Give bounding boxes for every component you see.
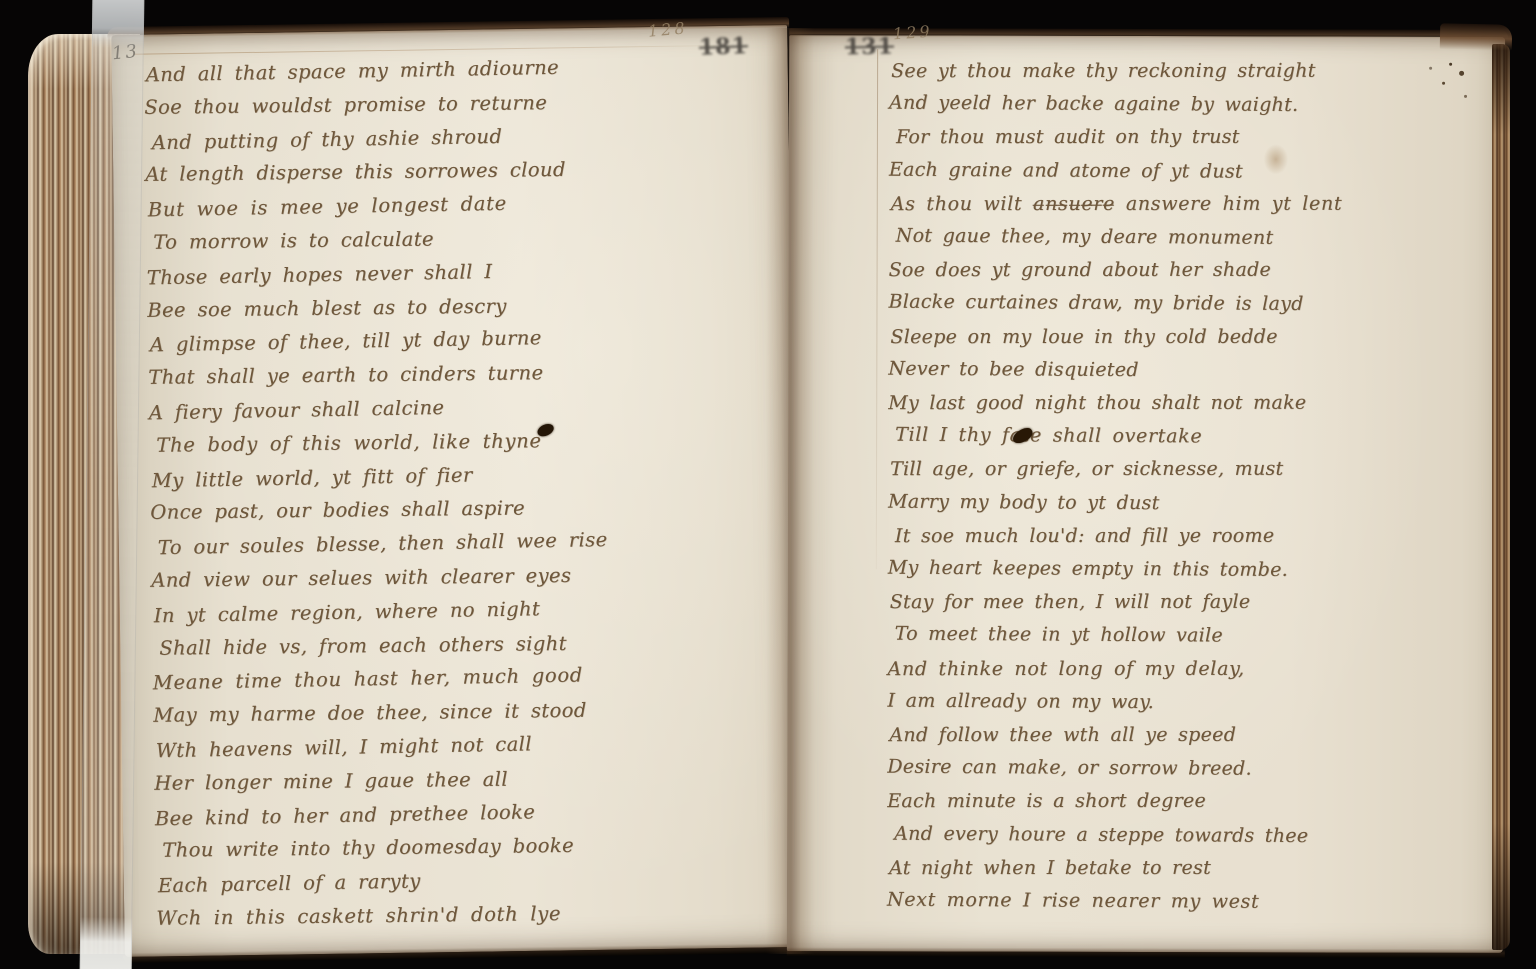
poem-line: It soe much lou'd: and fill ye roome <box>895 520 1342 554</box>
poem-line: Blacke curtaines draw, my bride is layd <box>888 286 1342 322</box>
poem-line: Not gaue thee, my deare monument <box>896 220 1343 256</box>
poem-line: And yeeld her backe againe by waight. <box>889 87 1343 123</box>
right-page-edges <box>1492 44 1510 950</box>
poem-line: And thinke not long of my delay, <box>888 652 1342 686</box>
poem-line: Wch in this caskett shrin'd doth lye <box>156 896 613 935</box>
left-page-text: And all that space my mirth adiourneSoe … <box>144 51 614 936</box>
poem-line: I am allready on my way. <box>887 684 1341 720</box>
right-page-text: See yt thou make thy reckoning straightA… <box>887 54 1343 918</box>
poem-line: Each minute is a short degree <box>887 785 1341 819</box>
poem-line: My heart keepes empty in this tombe. <box>888 552 1342 588</box>
poem-line: Sleepe on my loue in thy cold bedde <box>890 320 1342 354</box>
top-right-corner-edge <box>1440 23 1513 51</box>
struck-page-number-left: 181 <box>699 33 749 61</box>
poem-line: To meet thee in yt hollow vaile <box>895 618 1342 654</box>
poem-line: And follow thee wth all ye speed <box>889 719 1341 753</box>
poem-line: Till age, or griefe, or sicknesse, must <box>890 453 1342 487</box>
poem-line: Soe does yt ground about her shade <box>889 254 1343 288</box>
photo-background: And all that space my mirth adiourneSoe … <box>0 0 1536 969</box>
poem-line: At night when I betake to rest <box>889 852 1341 886</box>
poem-line: As thou wilt a̶n̶s̶u̶e̶r̶e̶ answere him … <box>891 188 1343 222</box>
poem-line: My last good night thou shalt not make <box>888 387 1342 421</box>
poem-line: Desire can make, or sorrow breed. <box>887 751 1341 787</box>
paper-specks <box>1449 63 1452 66</box>
poem-line: Stay for mee then, I will not fayle <box>890 586 1342 620</box>
poem-line: Next morne I rise nearer my west <box>887 884 1341 920</box>
paper-stain <box>1259 138 1293 180</box>
poem-line: Never to bee disquieted <box>888 352 1342 388</box>
page-number-right: 129 <box>892 22 933 44</box>
poem-line: See yt thou make thy reckoning straight <box>891 55 1343 89</box>
poem-line: Till I thy fate shall overtake <box>895 419 1342 455</box>
page-number-left: 128 <box>647 18 688 40</box>
page-crease <box>876 49 878 569</box>
struck-page-number-right: 131 <box>845 34 894 61</box>
left-page: And all that space my mirth adiourneSoe … <box>111 25 801 957</box>
poem-line: And every houre a steppe towards thee <box>894 817 1341 853</box>
right-page: See yt thou make thy reckoning straightA… <box>787 35 1505 953</box>
poem-line: Marry my body to yt dust <box>888 485 1342 521</box>
